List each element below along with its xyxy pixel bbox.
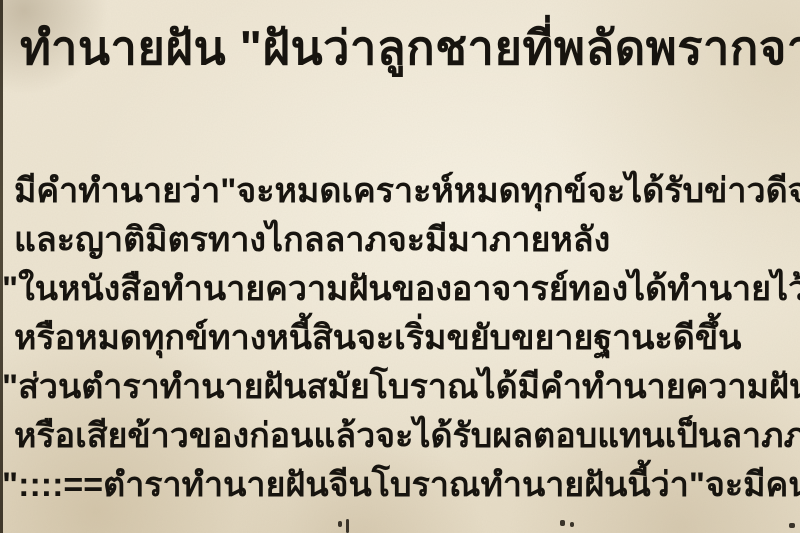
text-line: และญาติมิตรทางไกลลาภจะมีมาภายหลัง: [14, 221, 610, 260]
text-line: หรือหมดทุกข์ทางหนี้สินจะเริ่มขยับขยายฐาน…: [14, 319, 741, 358]
page-edge-shadow: [0, 0, 3, 533]
clipped-text-fragment: [338, 521, 342, 527]
text-line: หรือเสียข้าวของก่อนแล้วจะได้รับผลตอบแทนเ…: [14, 417, 800, 456]
clipped-text-fragment: [789, 523, 795, 528]
text-line: "::::==ตำราทำนายฝันจีนโบราณทำนายฝันนี้ว่…: [2, 466, 800, 505]
clipped-text-fragment: [346, 519, 349, 533]
clipped-text-fragment: [570, 522, 574, 527]
page-title: ทำนายฝัน "ฝันว่าลูกชายที่พลัดพรากจากกัน: [20, 22, 800, 74]
text-line: "ในหนังสือทำนายความฝันของอาจารย์ทองได้ทำ…: [2, 270, 800, 309]
text-line: มีคำทำนายว่า"จะหมดเคราะห์หมดทุกข์จะได้รั…: [14, 172, 800, 211]
dream-interpretation-page: ทำนายฝัน "ฝันว่าลูกชายที่พลัดพรากจากกัน …: [0, 0, 800, 533]
clipped-text-fragment: [560, 520, 565, 526]
text-line: "ส่วนตำราทำนายฝันสมัยโบราณได้มีคำทำนายคว…: [2, 368, 800, 407]
